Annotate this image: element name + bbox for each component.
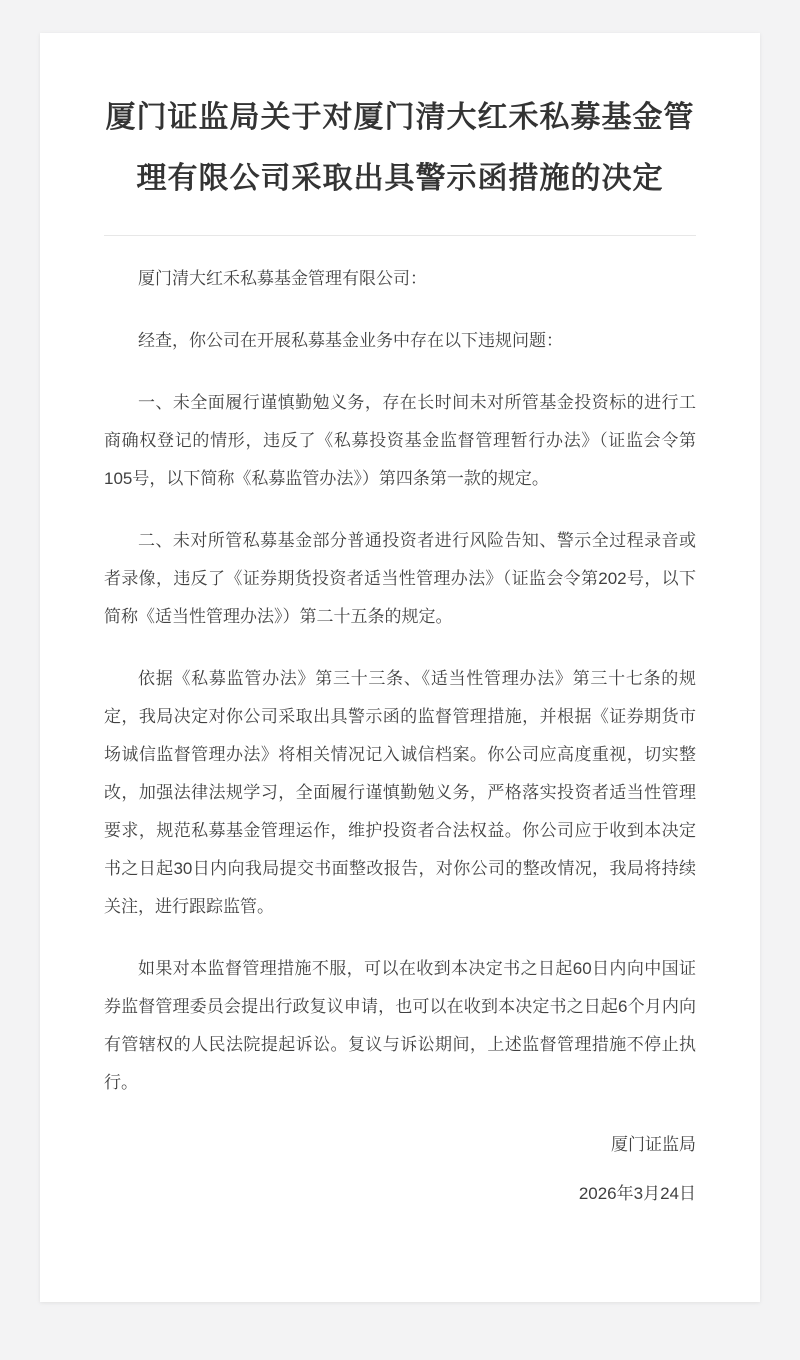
violation-2-paragraph: 二、未对所管私募基金部分普通投资者进行风险告知、警示全过程录音或者录像，违反了《…	[104, 522, 696, 636]
salutation-paragraph: 厦门清大红禾私募基金管理有限公司：	[104, 260, 696, 298]
document-card: 厦门证监局关于对厦门清大红禾私募基金管理有限公司采取出具警示函措施的决定 厦门清…	[40, 33, 760, 1302]
signature-block: 厦门证监局 2026年3月24日	[104, 1126, 696, 1213]
issuer-signature: 厦门证监局	[104, 1126, 696, 1164]
violation-1-paragraph: 一、未全面履行谨慎勤勉义务，存在长时间未对所管基金投资标的进行工商确权登记的情形…	[104, 384, 696, 498]
decision-paragraph: 依据《私募监管办法》第三十三条、《适当性管理办法》第三十七条的规定，我局决定对你…	[104, 660, 696, 926]
appeal-paragraph: 如果对本监督管理措施不服，可以在收到本决定书之日起60日内向中国证券监督管理委员…	[104, 950, 696, 1102]
title-divider	[104, 235, 696, 236]
document-title: 厦门证监局关于对厦门清大红禾私募基金管理有限公司采取出具警示函措施的决定	[104, 87, 696, 209]
intro-paragraph: 经查，你公司在开展私募基金业务中存在以下违规问题：	[104, 322, 696, 360]
document-body: 厦门清大红禾私募基金管理有限公司： 经查，你公司在开展私募基金业务中存在以下违规…	[104, 260, 696, 1102]
issue-date: 2026年3月24日	[104, 1175, 696, 1213]
